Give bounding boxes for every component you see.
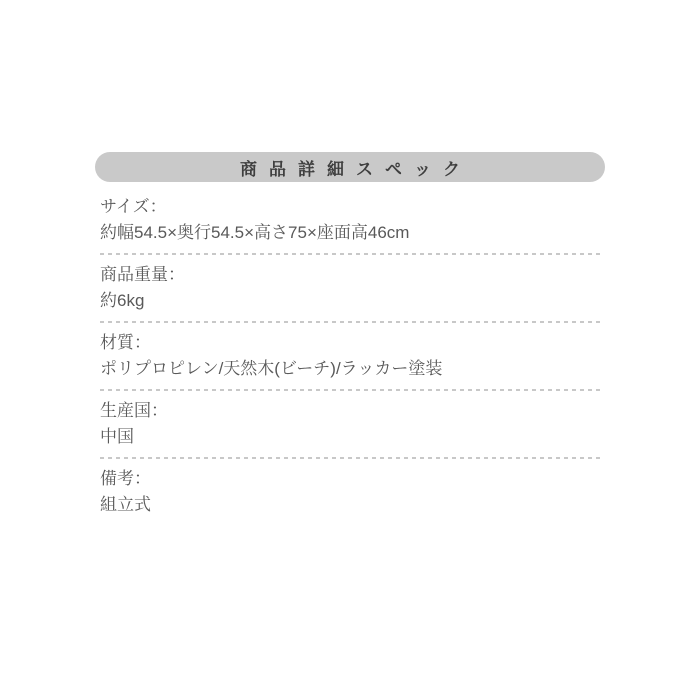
spec-list: サイズ：約幅54.5×奥行54.5×高さ75×座面高46cm商品重量：約6kg材… [95, 187, 605, 525]
spec-row: 材質：ポリプロピレン/天然木(ビーチ)/ラッカー塗装 [100, 323, 605, 389]
spec-header-bar: 商品詳細スペック [95, 152, 605, 182]
spec-label: 商品重量： [100, 262, 605, 288]
spec-value: ポリプロピレン/天然木(ビーチ)/ラッカー塗装 [100, 356, 605, 382]
product-spec-section: 商品詳細スペック サイズ：約幅54.5×奥行54.5×高さ75×座面高46cm商… [95, 152, 605, 525]
spec-value: 約幅54.5×奥行54.5×高さ75×座面高46cm [100, 220, 605, 246]
product-spec-page: 商品詳細スペック サイズ：約幅54.5×奥行54.5×高さ75×座面高46cm商… [0, 0, 700, 700]
spec-label: 材質： [100, 330, 605, 356]
spec-row: 商品重量：約6kg [100, 255, 605, 321]
spec-value: 約6kg [100, 288, 605, 314]
spec-value: 中国 [100, 424, 605, 450]
spec-value: 組立式 [100, 492, 605, 518]
spec-label: 生産国： [100, 398, 605, 424]
spec-row: 生産国：中国 [100, 391, 605, 457]
spec-row: 備考：組立式 [100, 459, 605, 525]
spec-row: サイズ：約幅54.5×奥行54.5×高さ75×座面高46cm [100, 187, 605, 253]
spec-label: 備考： [100, 466, 605, 492]
spec-label: サイズ： [100, 194, 605, 220]
spec-header-title: 商品詳細スペック [228, 155, 472, 180]
